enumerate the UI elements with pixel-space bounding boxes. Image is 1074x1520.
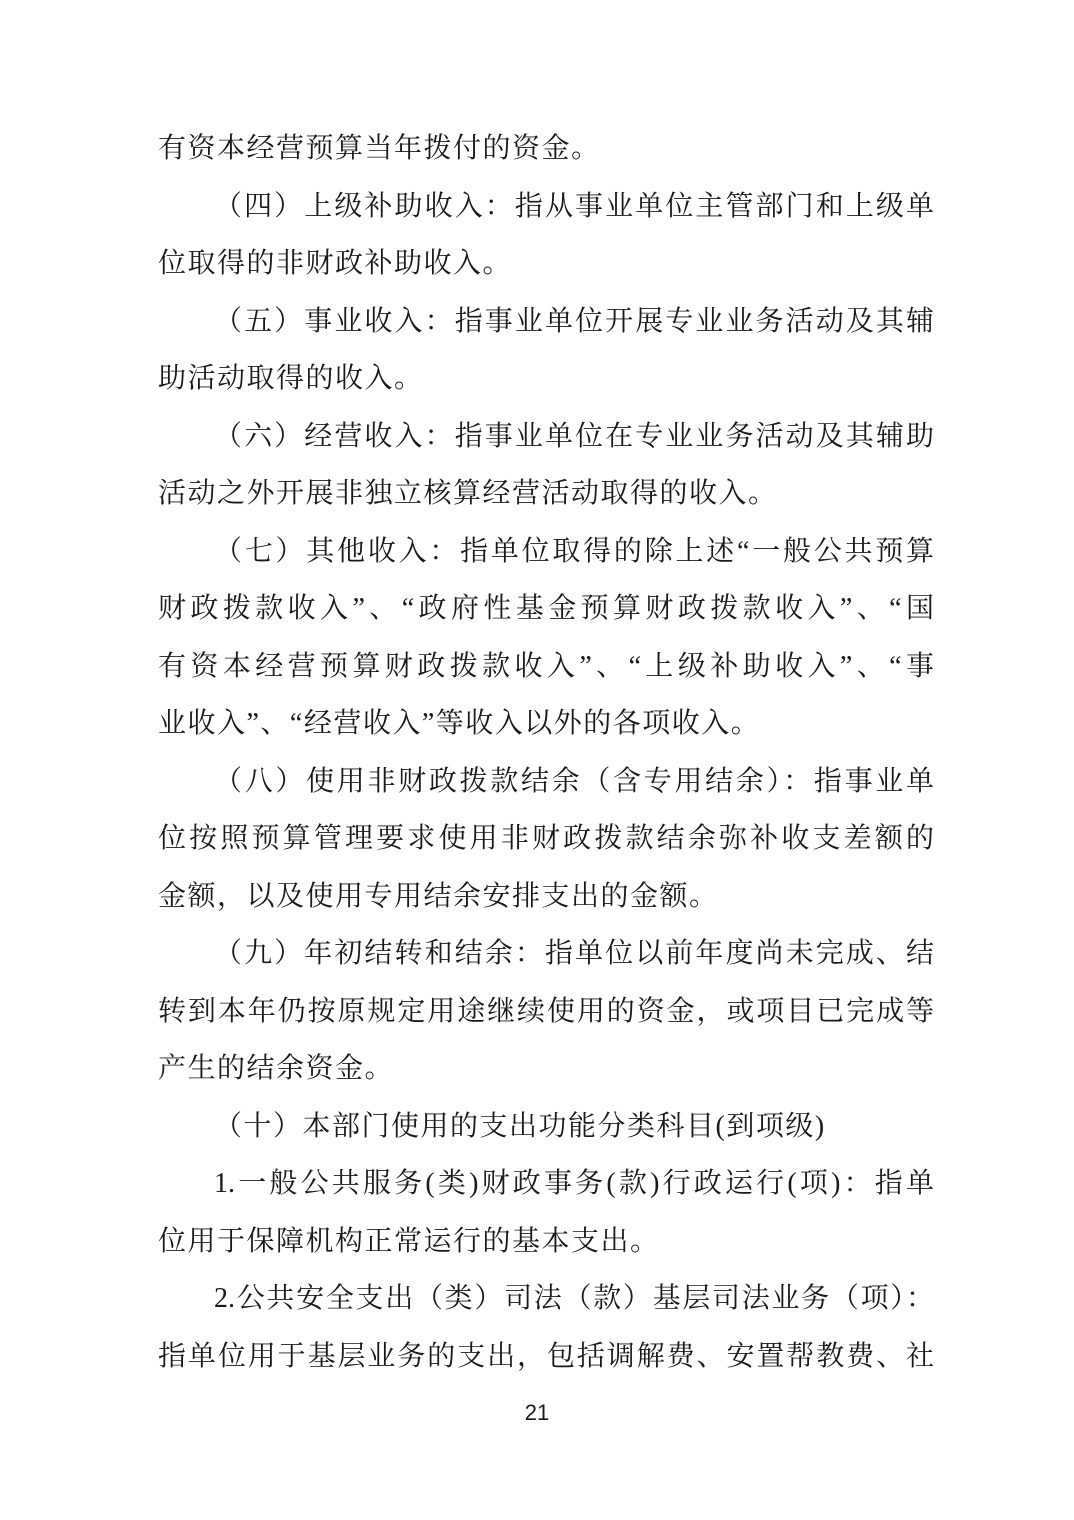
- text-line: 2.公共安全支出（类）司法（款）基层司法业务（项）：: [158, 1270, 934, 1328]
- text-line: 金额，以及使用专用结余安排支出的金额。: [158, 868, 934, 926]
- text-line: 产生的结余资金。: [158, 1040, 934, 1098]
- text-line: （六）经营收入：指事业单位在专业业务活动及其辅助: [158, 408, 934, 466]
- page-number: 21: [0, 1400, 1074, 1426]
- text-line: 有资本经营预算当年拨付的资金。: [158, 120, 934, 178]
- text-line: 位用于保障机构正常运行的基本支出。: [158, 1213, 934, 1271]
- text-line: 位取得的非财政补助收入。: [158, 235, 934, 293]
- text-line: （八）使用非财政拨款结余（含专用结余）：指事业单: [158, 753, 934, 811]
- text-line: 业收入”、“经营收入”等收入以外的各项收入。: [158, 695, 934, 753]
- text-line: 位按照预算管理要求使用非财政拨款结余弥补收支差额的: [158, 810, 934, 868]
- text-line: （十）本部门使用的支出功能分类科目(到项级): [158, 1098, 934, 1156]
- text-line: （七）其他收入：指单位取得的除上述“一般公共预算: [158, 523, 934, 581]
- text-line: 活动之外开展非独立核算经营活动取得的收入。: [158, 465, 934, 523]
- text-line: （四）上级补助收入：指从事业单位主管部门和上级单: [158, 178, 934, 236]
- text-line: 1.一般公共服务(类)财政事务(款)行政运行(项)：指单: [158, 1155, 934, 1213]
- text-line: 转到本年仍按原规定用途继续使用的资金，或项目已完成等: [158, 983, 934, 1041]
- text-line: 助活动取得的收入。: [158, 350, 934, 408]
- document-page: 有资本经营预算当年拨付的资金。（四）上级补助收入：指从事业单位主管部门和上级单位…: [0, 0, 1074, 1520]
- text-line: 有资本经营预算财政拨款收入”、“上级补助收入”、“事: [158, 638, 934, 696]
- text-line: （五）事业收入：指事业单位开展专业业务活动及其辅: [158, 293, 934, 351]
- text-line: 财政拨款收入”、“政府性基金预算财政拨款收入”、“国: [158, 580, 934, 638]
- text-line: 指单位用于基层业务的支出，包括调解费、安置帮教费、社: [158, 1328, 934, 1386]
- document-text: 有资本经营预算当年拨付的资金。（四）上级补助收入：指从事业单位主管部门和上级单位…: [158, 120, 934, 1385]
- text-line: （九）年初结转和结余：指单位以前年度尚未完成、结: [158, 925, 934, 983]
